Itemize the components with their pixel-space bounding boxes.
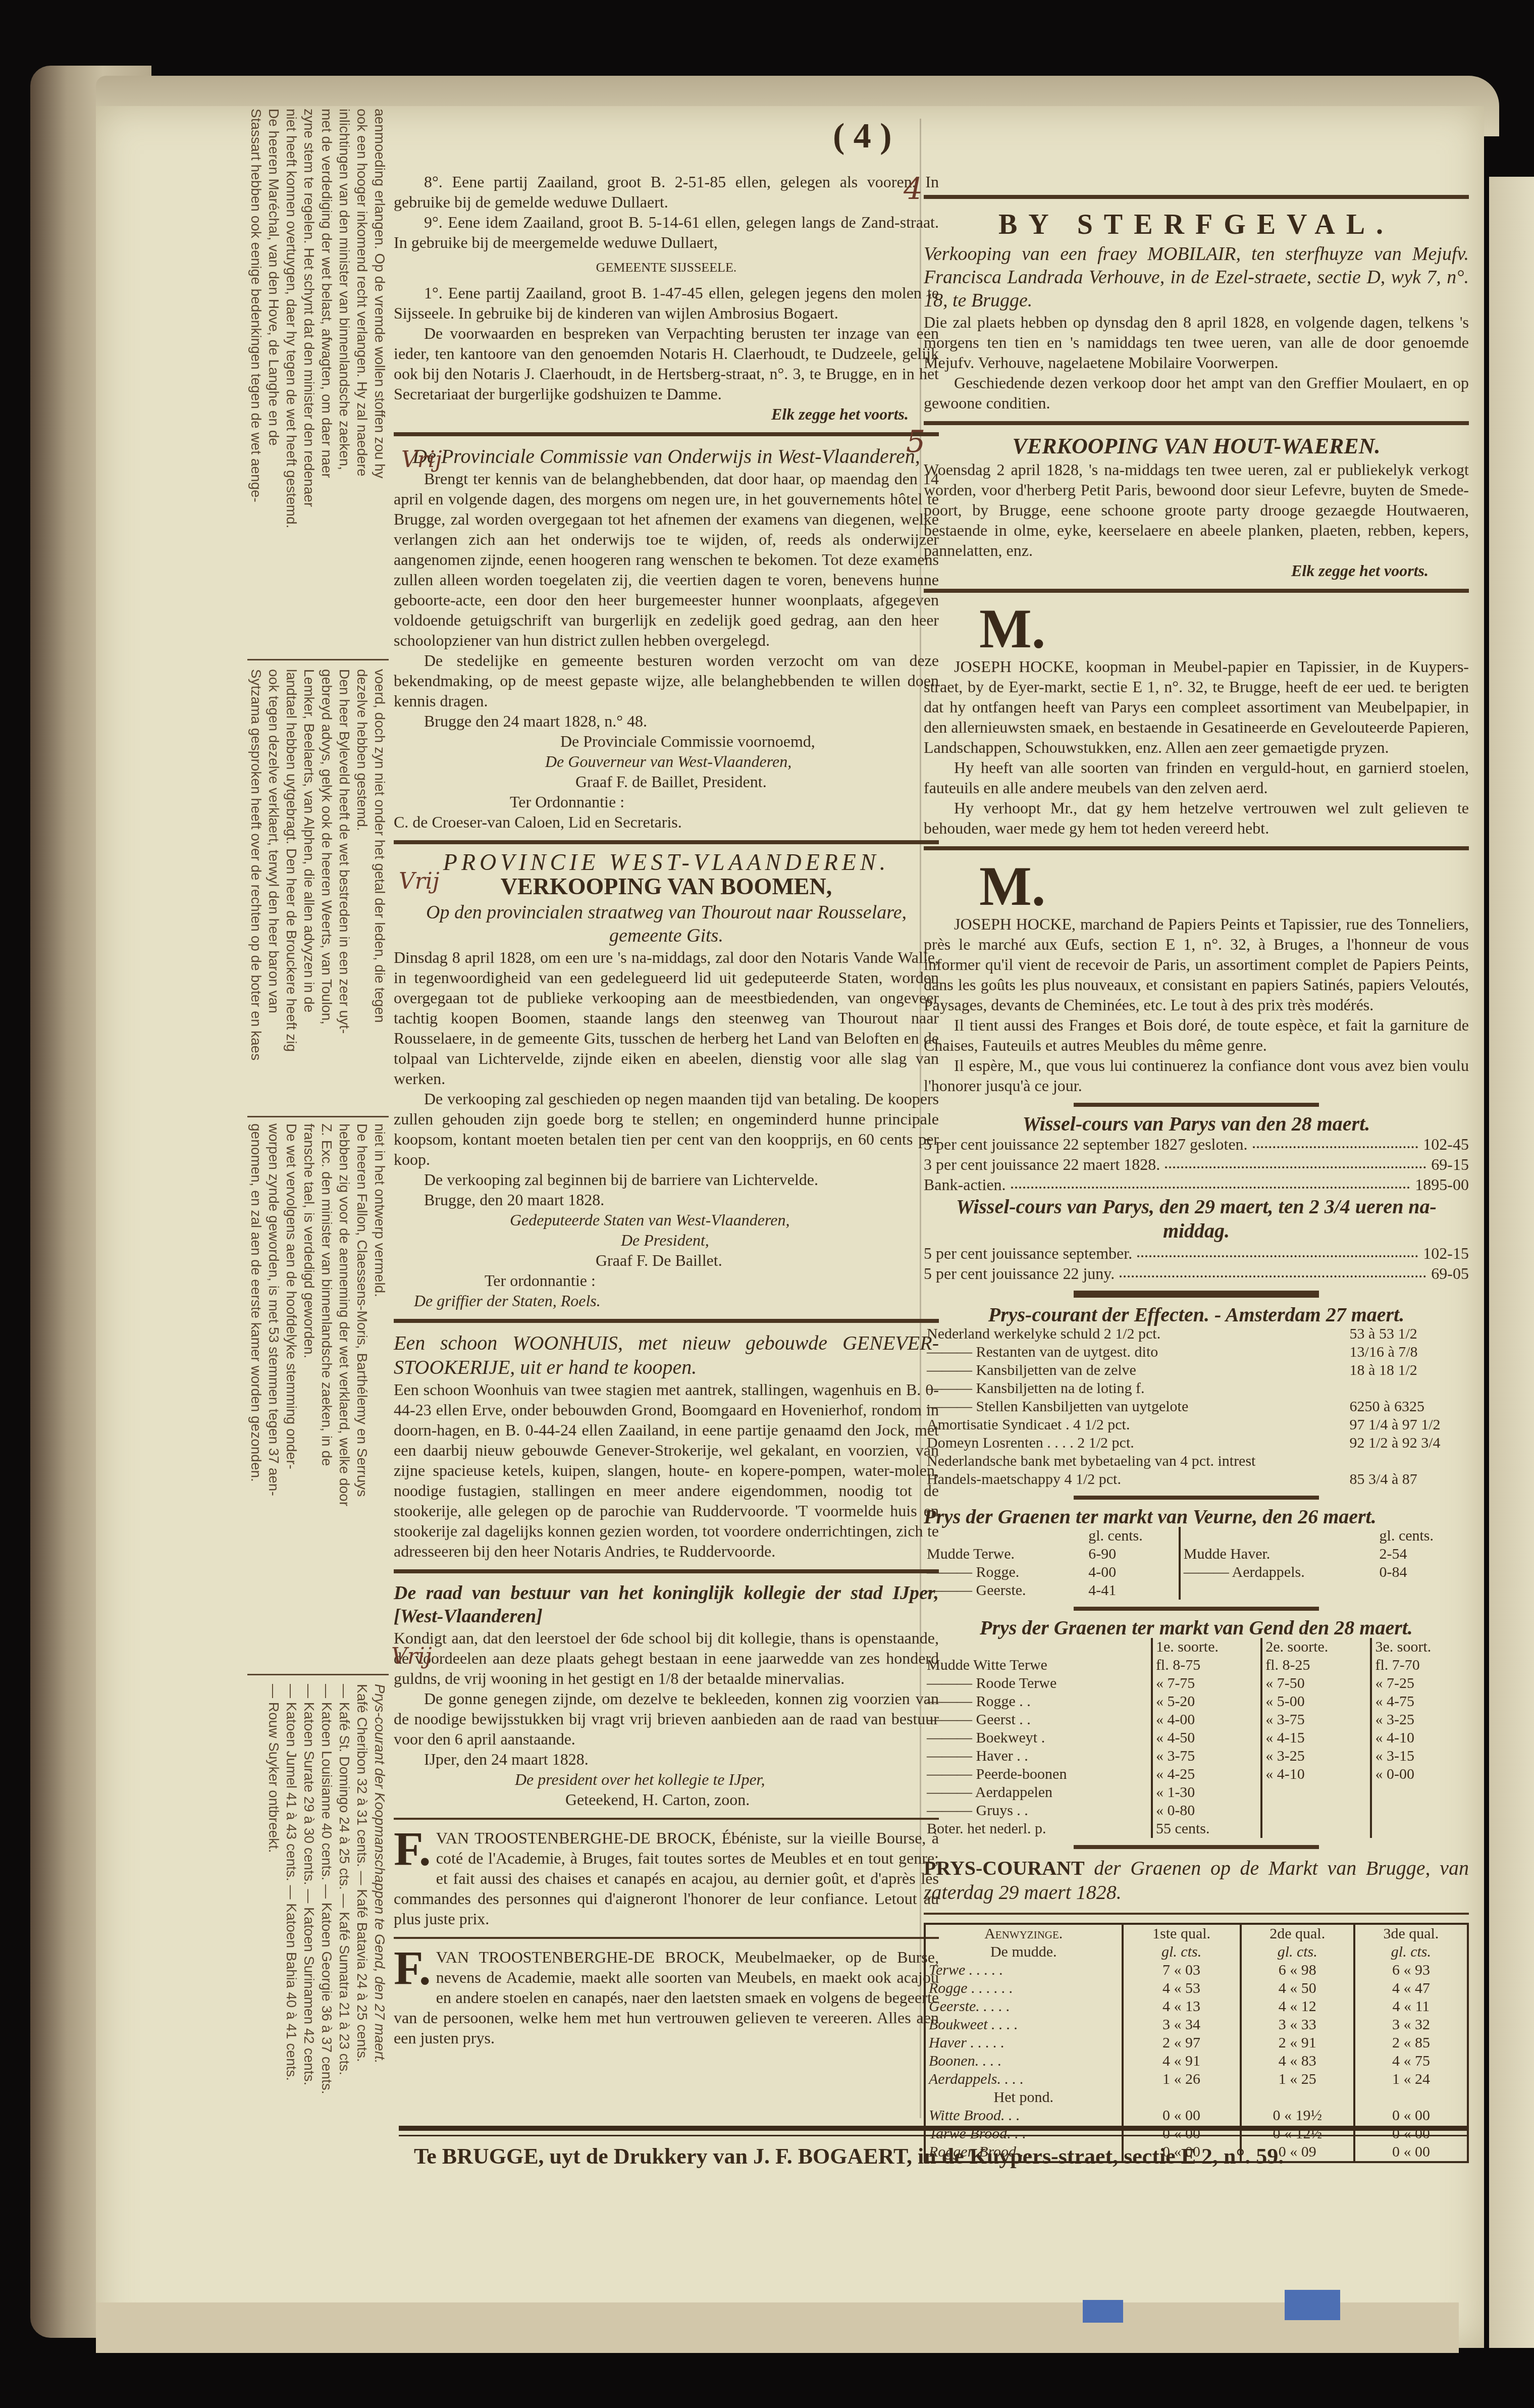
table-row: Aerdappels. . . .1 « 261 « 251 « 24: [925, 2070, 1468, 2088]
column-subheader: gl. cts.: [1241, 1943, 1354, 1961]
rotated-divider: [247, 1674, 389, 1675]
notice-title: De raad van bestuur van het koninglijk k…: [394, 1581, 939, 1628]
table-subheader: Het pond.: [925, 2088, 1468, 2107]
notice-date: Brugge den 24 maart 1828, n.° 48.: [394, 711, 939, 731]
section-rule: [924, 589, 1469, 593]
rotated-divider: [247, 1116, 389, 1117]
notice-paragraph: Die zal plaets hebben op dynsdag den 8 a…: [924, 312, 1469, 373]
troostenberghe-dutch-ad: F. VAN TROOSTENBERGHE-DE BROCK, Meubelma…: [394, 1947, 939, 2048]
rotated-line: — Katoen Louisianne 40 cents. — Katoen G…: [318, 1684, 336, 2094]
rotated-line: De heeren Fallon, Claessens-Moris, Barth…: [353, 1123, 371, 1506]
table-row: ——— Rogge.4-00——— Aerdappels.0-84: [924, 1563, 1469, 1581]
rotated-line: fransche tael, is verdedigd geworden.: [300, 1123, 318, 1506]
notice-date: Brugge, den 20 maart 1828.: [394, 1190, 939, 1210]
notice-paragraph: De gonne genegen zijnde, om dezelve te b…: [394, 1688, 939, 1749]
grain-price: « 7-75: [1152, 1674, 1261, 1693]
rotated-line: worpen zynde geworden, is met 53 stemmen…: [265, 1123, 283, 1506]
grain-price: 6 « 98: [1241, 1961, 1354, 1979]
signature-line: De president over het kollegie te IJper,: [394, 1769, 939, 1789]
grain-label: ——— Aerdappels.: [1180, 1563, 1377, 1581]
grain-price: [1261, 1820, 1371, 1838]
grain-price: 4 « 13: [1123, 1997, 1241, 2016]
grain-price: 2-54: [1377, 1545, 1469, 1563]
notice-paragraph: Een schoon Woonhuis van twee stagien met…: [394, 1379, 939, 1561]
notice-paragraph: Geschiedende dezen verkoop door het ampt…: [924, 373, 1469, 413]
province-heading: PROVINCIE WEST-VLAANDEREN.: [394, 852, 939, 873]
grain-price: [1371, 1783, 1469, 1802]
exchange-rates-28: Wissel-cours van Parys van den 28 maert.…: [924, 1114, 1469, 1195]
notice-subtitle: Verkooping van een fraey MOBILAIR, ten s…: [924, 242, 1469, 312]
table-subheader: De mudde.gl. cts.gl. cts.gl. cts.: [925, 1943, 1468, 1961]
table-row: Mudde Witte Terwefl. 8-75fl. 8-25fl. 7-7…: [924, 1656, 1469, 1674]
notice-subtitle: Op den provincialen straatweg van Thouro…: [394, 901, 939, 947]
grain-label: ——— Haver . .: [924, 1747, 1152, 1765]
security-value: 18 à 18 1/2: [1347, 1361, 1469, 1379]
rotated-line: De heeren Maréchal, van den Hove, de Lan…: [265, 109, 283, 528]
grain-price: « 4-25: [1152, 1765, 1261, 1783]
rotated-block-1: aenmoeding erlangen. Op de vremde wollen…: [247, 109, 389, 528]
signature-line: De President,: [394, 1230, 939, 1250]
notice-paragraph: Dinsdag 8 april 1828, om een ure 's na-m…: [394, 947, 939, 1089]
security-label: ——— Restanten van de uytgest. dito: [924, 1343, 1347, 1361]
rotated-text-column: aenmoeding erlangen. Op de vremde wollen…: [247, 109, 389, 2219]
exchange-rates-29: Wissel-cours van Parys, den 29 maert, te…: [924, 1195, 1469, 1284]
rate-label: 5 per cent jouissance september.: [924, 1243, 1132, 1263]
right-column: BY STERFGEVAL. Verkooping van een fraey …: [924, 121, 1469, 2163]
blue-paper-scrap: [1083, 2300, 1123, 2323]
notice-title: BY STERFGEVAL.: [924, 207, 1469, 242]
rate-row: 5 per cent jouissance 22 september 1827 …: [924, 1134, 1469, 1154]
unit-header: gl. cents.: [1377, 1527, 1469, 1545]
rotated-line: aenmoeding erlangen. Op de vremde wollen…: [371, 109, 389, 528]
table-row: ——— Aerdappelen« 1-30: [924, 1783, 1469, 1802]
grain-label: ——— Peerde-boonen: [924, 1765, 1152, 1783]
rotated-divider: [247, 659, 389, 660]
rotated-line: niet heeft konnen overtuygen, daer hy te…: [283, 109, 300, 528]
grain-price: « 4-10: [1371, 1729, 1469, 1747]
handwritten-note: Vrij: [399, 868, 440, 894]
grain-price: 4-41: [1085, 1581, 1179, 1600]
lease-notice: 8°. Eene partij Zaailand, groot B. 2-51-…: [394, 172, 939, 424]
table-header: Aenwyzinge.1ste qual.2de qual.3de qual.: [925, 1924, 1468, 1943]
grain-price: [1371, 1802, 1469, 1820]
grain-label: Terwe . . . . .: [925, 1961, 1123, 1979]
rates-title: Wissel-cours van Parys, den 29 maert, te…: [924, 1195, 1469, 1243]
veurne-grain-prices: Prys der Graenen ter markt van Veurne, d…: [924, 1507, 1469, 1600]
rotated-line: voerd, doch zyn niet onder het getal der…: [371, 669, 389, 1060]
grain-price: « 5-00: [1261, 1693, 1371, 1711]
notice-date: IJper, den 24 maart 1828.: [394, 1749, 939, 1769]
signature-line: Graaf F. De Baillet.: [394, 1250, 939, 1270]
adjacent-page-edge: [1489, 177, 1534, 2348]
rotated-line: — Rouw Suyker ontbreekt.: [265, 1684, 283, 2094]
table-row: ——— Stellen Kansbiljetten van uytgelote6…: [924, 1398, 1469, 1416]
handwritten-note: Vrij: [401, 447, 442, 473]
grain-label: Aerdappels. . . .: [925, 2070, 1123, 2088]
table-row: Boter. het nederl. p.55 cents.: [924, 1820, 1469, 1838]
troostenberghe-french-ad: F. VAN TROOSTENBERGHE-DE BROCK, Ébéniste…: [394, 1828, 939, 1929]
table-row: ——— Geerst . .« 4-00« 3-75« 3-25: [924, 1711, 1469, 1729]
ordonnantie-label: Ter Ordonnantie :: [394, 792, 939, 812]
table-row: ——— Peerde-boonen« 4-25« 4-10« 0-00: [924, 1765, 1469, 1783]
college-ijper-notice: De raad van bestuur van het koninglijk k…: [394, 1581, 939, 1810]
column-subheader: gl. cts.: [1123, 1943, 1241, 1961]
section-rule: [1074, 1291, 1319, 1298]
grain-label: Boonen. . . .: [925, 2052, 1123, 2070]
rotated-block-3: niet in het ontwerp vermeld. De heeren F…: [247, 1123, 389, 1506]
column-subheader: De mudde.: [925, 1943, 1123, 1961]
grain-label: Mudde Witte Terwe: [924, 1656, 1152, 1674]
page-bottom-tear: [96, 2302, 1459, 2353]
column-header: 3de qual.: [1354, 1924, 1468, 1943]
table-row: Nederlandsche bank met bybetaeling van 4…: [924, 1452, 1469, 1470]
table-row: Nederland werkelyke schuld 2 1/2 pct.53 …: [924, 1325, 1469, 1343]
grain-price: 1 « 25: [1241, 2070, 1354, 2088]
grain-price: « 3-15: [1371, 1747, 1469, 1765]
notice-paragraph: De verkooping zal beginnen bij de barrie…: [394, 1169, 939, 1190]
rate-value: 69-05: [1431, 1263, 1469, 1284]
grain-label: Geerste. . . . .: [925, 1997, 1123, 2016]
table-row: ——— Kansbiljetten van de zelve18 à 18 1/…: [924, 1361, 1469, 1379]
notice-paragraph: Kondigt aan, dat den leerstoel der 6de s…: [394, 1628, 939, 1688]
education-notice: De Provinciale Commissie van Onderwijs i…: [394, 444, 939, 832]
section-rule: [924, 846, 1469, 850]
grain-label: ——— Geerst . .: [924, 1711, 1152, 1729]
grain-price: 0-84: [1377, 1563, 1469, 1581]
rotated-line: — Kafé St. Domingo 24 à 25 cts. — Kafé S…: [336, 1684, 353, 2094]
grain-price: [1261, 1783, 1371, 1802]
rate-row: Bank-actien.1895-00: [924, 1174, 1469, 1195]
footer-rule-thin: [399, 2135, 1469, 2136]
timber-sale-notice: VERKOOPING VAN HOUT-WAEREN. Woensdag 2 a…: [924, 433, 1469, 581]
grain-label: Mudde Terwe.: [924, 1545, 1085, 1563]
rotated-line: Kafé Cheribon 32 à 31 cents. — Kafé Bata…: [353, 1684, 371, 2094]
gend-table: 1e. soorte.2e. soorte.3e. soort. Mudde W…: [924, 1638, 1469, 1838]
griffier-signature: De griffier der Staten, Roels.: [394, 1291, 939, 1311]
grain-label: ——— Rogge . .: [924, 1693, 1152, 1711]
handwritten-number-4: 4: [904, 172, 923, 207]
bread-price: 0 « 00: [1123, 2107, 1241, 2125]
grain-label: Boukweet . . . .: [925, 2016, 1123, 2034]
ad-paragraph: Hy verhoopt Mr., dat gy hem hetzelve ver…: [924, 798, 1469, 838]
column-subheader: gl. cts.: [1354, 1943, 1468, 1961]
grain-price: « 4-10: [1261, 1765, 1371, 1783]
secretary-signature: C. de Croeser-van Caloen, Lid en Secreta…: [394, 812, 939, 832]
section-rule: [394, 840, 939, 844]
grain-price: fl. 8-25: [1261, 1656, 1371, 1674]
notice-title: Een schoon WOONHUIS, met nieuw gebouwde …: [394, 1331, 939, 1379]
security-value: [1347, 1452, 1469, 1470]
grain-price: « 0-80: [1152, 1802, 1261, 1820]
security-value: 85 3/4 à 87: [1347, 1470, 1469, 1489]
grain-price: 4 « 83: [1241, 2052, 1354, 2070]
grain-price: « 0-00: [1371, 1765, 1469, 1783]
rotated-line: dezelve hebben gestemd.: [353, 669, 371, 1060]
ad-paragraph: Il espère, M., que vous lui continuerez …: [924, 1055, 1469, 1096]
grain-price: « 3-75: [1261, 1711, 1371, 1729]
section-rule: [394, 1319, 939, 1323]
grain-price: « 1-30: [1152, 1783, 1261, 1802]
section-rule: [924, 1913, 1469, 1915]
ad-paragraph: VAN TROOSTENBERGHE-DE BROCK, Ébéniste, s…: [394, 1828, 939, 1929]
grain-price: [1261, 1802, 1371, 1820]
security-label: Handels-maetschappy 4 1/2 pct.: [924, 1470, 1347, 1489]
grain-price: 4 « 11: [1354, 1997, 1468, 2016]
tree-sale-notice: PROVINCIE WEST-VLAANDEREN. VERKOOPING VA…: [394, 852, 939, 1311]
column-header: 1e. soorte.: [1152, 1638, 1261, 1656]
security-value: 92 1/2 à 92 3/4: [1347, 1434, 1469, 1452]
table-row: Terwe . . . . .7 « 036 « 986 « 93: [925, 1961, 1468, 1979]
grain-price: « 7-50: [1261, 1674, 1371, 1693]
bread-label: Witte Brood. . .: [925, 2107, 1123, 2125]
security-label: Nederlandsche bank met bybetaeling van 4…: [924, 1452, 1347, 1470]
securities-table: Nederland werkelyke schuld 2 1/2 pct.53 …: [924, 1325, 1469, 1489]
security-value: 13/16 à 7/8: [1347, 1343, 1469, 1361]
table-row: ——— Geerste.4-41: [924, 1581, 1469, 1600]
table-row: ——— Gruys . .« 0-80: [924, 1802, 1469, 1820]
table-row: Mudde Terwe.6-90Mudde Haver.2-54: [924, 1545, 1469, 1563]
rotated-line: landtael hebben uytgebragt. Den heer de …: [283, 669, 300, 1060]
handwritten-number-5: 5: [906, 424, 925, 459]
signature-line: Gedeputeerde Staten van West-Vlaanderen,: [394, 1210, 939, 1230]
closing-phrase: Elk zegge het voorts.: [394, 404, 909, 424]
grain-label: ——— Roode Terwe: [924, 1674, 1152, 1693]
notice-paragraph: De verkooping zal geschieden op negen ma…: [394, 1089, 939, 1169]
signature-line: Graaf F. de Baillet, President.: [394, 772, 939, 792]
grain-price: « 4-15: [1261, 1729, 1371, 1747]
grain-label: Haver . . . . .: [925, 2034, 1123, 2052]
rotated-line: — Katoen Surate 29 à 30 cents. — Katoen …: [300, 1684, 318, 2094]
grain-price: 6 « 93: [1354, 1961, 1468, 1979]
grain-label: ——— Aerdappelen: [924, 1783, 1152, 1802]
rotated-line: inlichtingen van den minister van binnen…: [336, 109, 353, 528]
security-label: ——— Kansbiljetten van de zelve: [924, 1361, 1347, 1379]
prices-title: Prys-courant der Effecten. - Amsterdam 2…: [924, 1305, 1469, 1325]
prices-title-bold: PRYS-COURANT: [924, 1857, 1085, 1879]
grain-price: 4 « 50: [1241, 1979, 1354, 1997]
rotated-line: Z. Exc. den minister van binnenlandsche …: [318, 1123, 336, 1506]
section-rule: [924, 195, 1469, 199]
rotated-line: ook een hooger inkomend recht verlangen.…: [353, 109, 371, 528]
rate-value: 102-45: [1423, 1134, 1469, 1154]
section-rule: [1074, 1845, 1319, 1849]
grain-price: [1371, 1820, 1469, 1838]
grain-label: Boter. het nederl. p.: [924, 1820, 1152, 1838]
table-row: ——— Boekweyt .« 4-50« 4-15« 4-10: [924, 1729, 1469, 1747]
section-rule: [394, 432, 939, 436]
middle-column: 8°. Eene partij Zaailand, groot B. 2-51-…: [394, 121, 939, 2048]
rate-value: 1895-00: [1415, 1174, 1469, 1195]
rotated-price-list: Prys-courant der Koopmanschappen te Gend…: [265, 1684, 389, 2094]
notice-title: VERKOOPING VAN BOOMEN,: [394, 873, 939, 901]
grain-price: 55 cents.: [1152, 1820, 1261, 1838]
prices-title: Prys der Graenen ter markt van Veurne, d…: [924, 1507, 1469, 1527]
grain-label: ——— Gruys . .: [924, 1802, 1152, 1820]
rotated-line: genomen, en zal aen de eerste kamer word…: [247, 1123, 265, 1506]
security-value: 97 1/4 à 97 1/2: [1347, 1416, 1469, 1434]
grain-label: Mudde Haver.: [1180, 1545, 1377, 1563]
grain-price: 4 « 12: [1241, 1997, 1354, 2016]
notice-title: VERKOOPING VAN HOUT-WAEREN.: [924, 433, 1469, 459]
grain-price: 2 « 91: [1241, 2034, 1354, 2052]
table-row: Amortisatie Syndicaet . 4 1/2 pct.97 1/4…: [924, 1416, 1469, 1434]
footer-rule: [399, 2126, 1469, 2131]
security-label: ——— Stellen Kansbiljetten van uytgelote: [924, 1398, 1347, 1416]
table-row: ——— Haver . .« 3-75« 3-25« 3-15: [924, 1747, 1469, 1765]
table-row: gl. cents.gl. cents.: [924, 1527, 1469, 1545]
grain-price: 3 « 32: [1354, 2016, 1468, 2034]
grain-price: 1 « 26: [1123, 2070, 1241, 2088]
security-label: Amortisatie Syndicaet . 4 1/2 pct.: [924, 1416, 1347, 1434]
grain-price: 3 « 34: [1123, 2016, 1241, 2034]
grain-price: 4 « 91: [1123, 2052, 1241, 2070]
estate-sale-notice: BY STERFGEVAL. Verkooping van een fraey …: [924, 207, 1469, 413]
grain-price: « 7-25: [1371, 1674, 1469, 1693]
rotated-line: Sytzama gesproken heeft over de rechten …: [247, 669, 265, 1060]
rotated-line: niet in het ontwerp vermeld.: [371, 1123, 389, 1506]
table-row: Witte Brood. . .0 « 000 « 19½0 « 00: [925, 2107, 1468, 2125]
grain-price: 4 « 75: [1354, 2052, 1468, 2070]
column-header: 1ste qual.: [1123, 1924, 1241, 1943]
municipality-subhead: GEMEENTE SIJSSEELE.: [394, 258, 939, 278]
section-rule: [1074, 1103, 1319, 1107]
grain-price: 2 « 97: [1123, 2034, 1241, 2052]
grain-price: 2 « 85: [1354, 2034, 1468, 2052]
rate-row: 5 per cent jouissance september.102-15: [924, 1243, 1469, 1263]
rotated-line: met de verdediging der wet belast, afwag…: [318, 109, 336, 528]
rotated-line: hebben zig voor de aenneming der wet ver…: [336, 1123, 353, 1506]
grain-label: ——— Geerste.: [924, 1581, 1085, 1600]
ad-paragraph: Il tient aussi des Franges et Bois doré,…: [924, 1015, 1469, 1055]
security-value: [1347, 1379, 1469, 1398]
security-value: 6250 à 6325: [1347, 1398, 1469, 1416]
drop-cap: F.: [394, 1829, 431, 1869]
section-rule: [394, 1818, 939, 1820]
hocke-dutch-ad: M. JOSEPH HOCKE, koopman in Meubel-papie…: [924, 601, 1469, 838]
prices-title: Prys der Graenen ter markt van Gend den …: [924, 1618, 1469, 1638]
bread-price: 0 « 19½: [1241, 2107, 1354, 2125]
unit-header: gl. cents.: [1085, 1527, 1179, 1545]
ordonnantie-label: Ter ordonnantie :: [394, 1270, 939, 1291]
rate-label: 5 per cent jouissance 22 september 1827 …: [924, 1134, 1248, 1154]
table-row: Boukweet . . . .3 « 343 « 333 « 32: [925, 2016, 1468, 2034]
drop-cap: F.: [394, 1948, 431, 1988]
bread-price: 0 « 00: [1354, 2107, 1468, 2125]
blue-paper-scrap: [1285, 2290, 1340, 2320]
gend-grain-prices: Prys der Graenen ter markt van Gend den …: [924, 1618, 1469, 1838]
section-rule: [924, 421, 1469, 425]
rate-row: 5 per cent jouissance 22 juny.69-05: [924, 1263, 1469, 1284]
signature-line: Geteekend, H. Carton, zoon.: [394, 1789, 939, 1810]
veurne-table: gl. cents.gl. cents. Mudde Terwe.6-90Mud…: [924, 1527, 1469, 1600]
section-rule: [1074, 1607, 1319, 1611]
ad-initial: M.: [979, 858, 1469, 914]
table-row: ——— Restanten van de uytgest. dito13/16 …: [924, 1343, 1469, 1361]
column-header: 2e. soorte.: [1261, 1638, 1371, 1656]
rotated-block-2: voerd, doch zyn niet onder het getal der…: [247, 669, 389, 1060]
securities-prices: Prys-courant der Effecten. - Amsterdam 2…: [924, 1305, 1469, 1489]
house-sale-notice: Een schoon WOONHUIS, met nieuw gebouwde …: [394, 1331, 939, 1561]
table-row: Rogge . . . . . .4 « 534 « 504 « 47: [925, 1979, 1468, 1997]
table-row: Geerste. . . . .4 « 134 « 124 « 11: [925, 1997, 1468, 2016]
grain-price: 4-00: [1085, 1563, 1179, 1581]
lease-item: 1°. Eene partij Zaailand, groot B. 1-47-…: [394, 283, 939, 323]
printer-imprint: Te BRUGGE, uyt de Drukkery van J. F. BOG…: [414, 2143, 1449, 2169]
security-value: 53 à 53 1/2: [1347, 1325, 1469, 1343]
grain-price: « 3-25: [1261, 1747, 1371, 1765]
table-row: Haver . . . . .2 « 972 « 912 « 85: [925, 2034, 1468, 2052]
hocke-french-ad: M. JOSEPH HOCKE, marchand de Papiers Pei…: [924, 858, 1469, 1096]
rotated-line: gebreyd advys, gelyk ook de heeren Weert…: [318, 669, 336, 1060]
grain-price: 1 « 24: [1354, 2070, 1468, 2088]
grain-price: 4 « 53: [1123, 1979, 1241, 1997]
grain-price: 4 « 47: [1354, 1979, 1468, 1997]
table-row: ——— Rogge . .« 5-20« 5-00« 4-75: [924, 1693, 1469, 1711]
rotated-line: ook tegen dezelve verklaert, terwyl den …: [265, 669, 283, 1060]
pond-label: Het pond.: [925, 2088, 1123, 2107]
rotated-line: Lemker, Beelaerts, van Alphen, die allen…: [300, 669, 318, 1060]
grain-price: 6-90: [1085, 1545, 1179, 1563]
column-header: 2de qual.: [1241, 1924, 1354, 1943]
brugge-grain-prices: PRYS-COURANT der Graenen op de Markt van…: [924, 1856, 1469, 2163]
rate-value: 69-15: [1431, 1154, 1469, 1174]
grain-price: « 3-25: [1371, 1711, 1469, 1729]
grain-label: Rogge . . . . . .: [925, 1979, 1123, 1997]
rate-row: 3 per cent jouissance 22 maert 1828.69-1…: [924, 1154, 1469, 1174]
grain-price: « 4-00: [1152, 1711, 1261, 1729]
grain-price: 7 « 03: [1123, 1961, 1241, 1979]
ad-paragraph: JOSEPH HOCKE, koopman in Meubel-papier e…: [924, 656, 1469, 757]
notice-paragraph: Brengt ter kennis van de belanghebbenden…: [394, 469, 939, 650]
grain-price: 3 « 33: [1241, 2016, 1354, 2034]
security-label: Domeyn Losrenten . . . . 2 1/2 pct.: [924, 1434, 1347, 1452]
grain-price: « 5-20: [1152, 1693, 1261, 1711]
rate-label: Bank-actien.: [924, 1174, 1006, 1195]
signature-line: De Provinciale Commissie voornoemd,: [394, 731, 939, 751]
rotated-line: — Katoen Jumel 41 à 43 cents. — Katoen B…: [283, 1684, 300, 2094]
rotated-line: Prys-courant der Koopmanschappen te Gend…: [371, 1684, 389, 2094]
lease-item: 8°. Eene partij Zaailand, groot B. 2-51-…: [394, 172, 939, 212]
section-rule: [394, 1937, 939, 1939]
table-row: ——— Roode Terwe« 7-75« 7-50« 7-25: [924, 1674, 1469, 1693]
rate-label: 5 per cent jouissance 22 juny.: [924, 1263, 1115, 1284]
table-row: Boonen. . . .4 « 914 « 834 « 75: [925, 2052, 1468, 2070]
rates-title: Wissel-cours van Parys van den 28 maert.: [924, 1114, 1469, 1134]
notice-title: De Provinciale Commissie van Onderwijs i…: [394, 444, 939, 469]
grain-price: « 4-50: [1152, 1729, 1261, 1747]
rotated-line: zyne stem te regelen. Het schynt dat den…: [300, 109, 318, 528]
grain-price: fl. 7-70: [1371, 1656, 1469, 1674]
security-label: ——— Kansbiljetten na de loting f.: [924, 1379, 1347, 1398]
lease-item: 9°. Eene idem Zaailand, groot B. 5-14-61…: [394, 212, 939, 252]
handwritten-note: Vrij: [391, 1644, 432, 1669]
rotated-line: Den heer Byleveld heeft de wet bestreden…: [336, 669, 353, 1060]
lease-body: De voorwaarden en bespreken van Verpacht…: [394, 323, 939, 404]
ad-paragraph: JOSEPH HOCKE, marchand de Papiers Peints…: [924, 914, 1469, 1015]
notice-paragraph: Woensdag 2 april 1828, 's na-middags ten…: [924, 459, 1469, 560]
table-header: 1e. soorte.2e. soorte.3e. soort.: [924, 1638, 1469, 1656]
ad-initial: M.: [979, 601, 1469, 656]
rate-value: 102-15: [1423, 1243, 1469, 1263]
grain-price: « 4-75: [1371, 1693, 1469, 1711]
rotated-line: De wet vervolgens aen de hoofdelyke stem…: [283, 1123, 300, 1506]
table-row: ——— Kansbiljetten na de loting f.: [924, 1379, 1469, 1398]
signature-line: De Gouverneur van West-Vlaanderen,: [394, 751, 939, 772]
ad-paragraph: VAN TROOSTENBERGHE-DE BROCK, Meubelmaeke…: [394, 1947, 939, 2048]
grain-label: ——— Boekweyt .: [924, 1729, 1152, 1747]
section-rule: [394, 1569, 939, 1573]
table-row: Domeyn Losrenten . . . . 2 1/2 pct.92 1/…: [924, 1434, 1469, 1452]
